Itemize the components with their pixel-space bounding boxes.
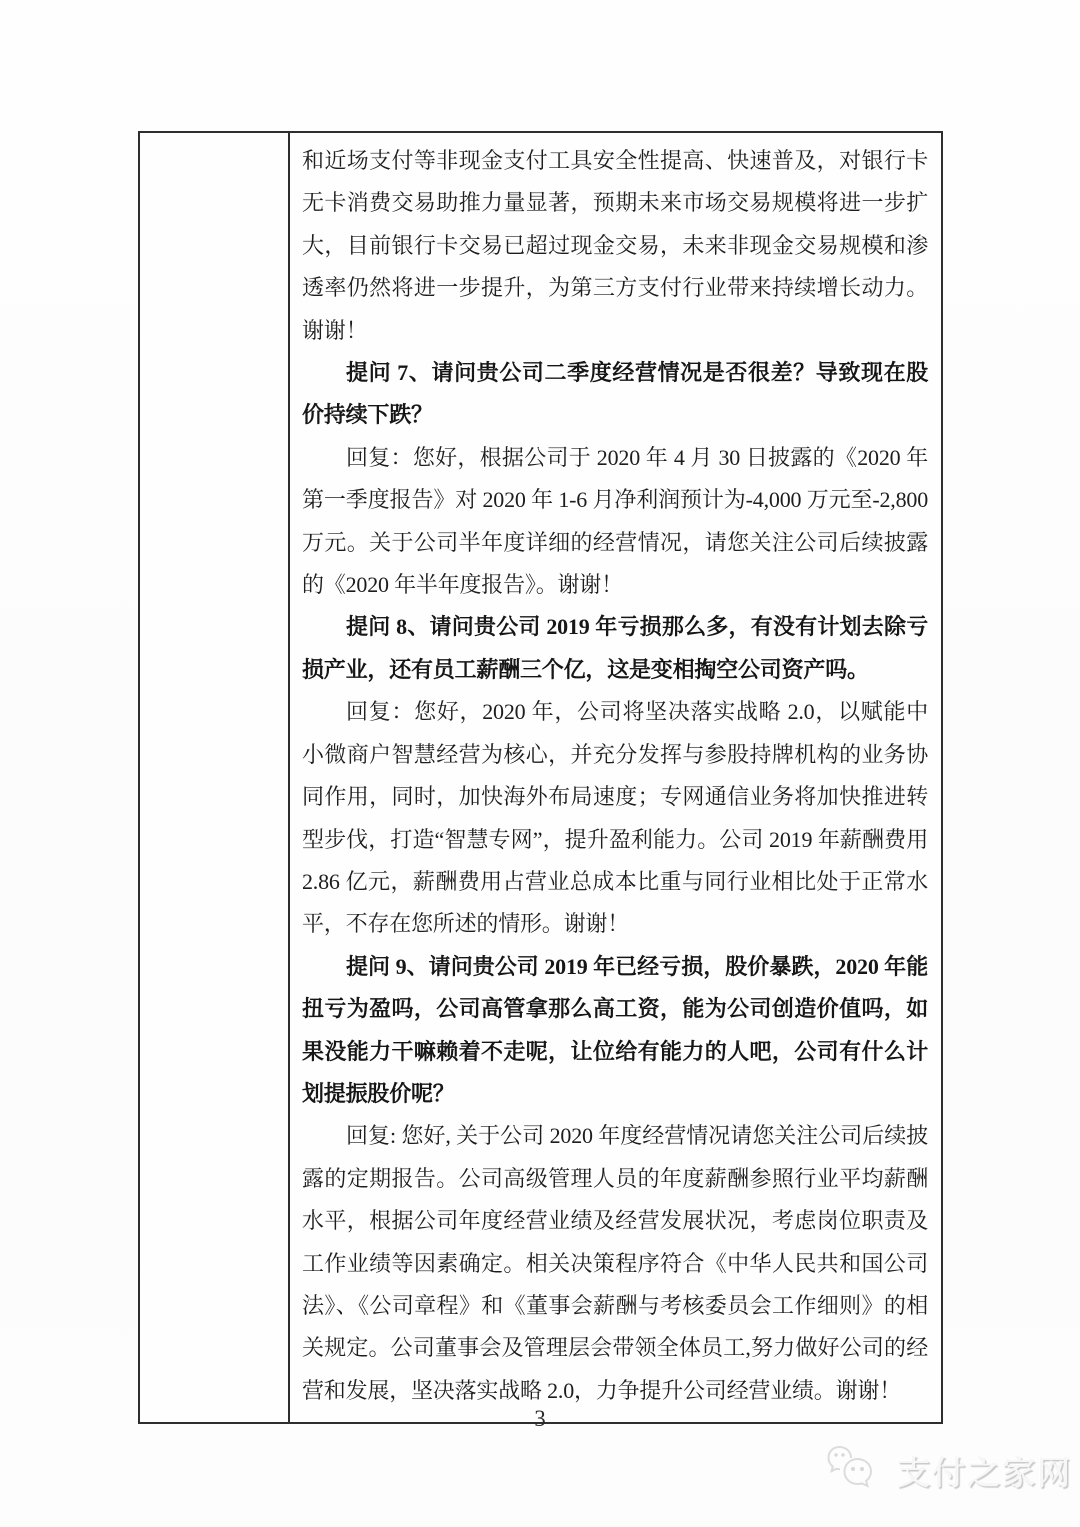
question-7-paragraph: 提问 7、请问贵公司二季度经营情况是否很差？导致现在股价持续下跌？ bbox=[302, 352, 928, 437]
qa-table: 和近场支付等非现金支付工具安全性提高、快速普及，对银行卡无卡消费交易助推力量显著… bbox=[138, 131, 943, 1424]
page-number: 3 bbox=[0, 1406, 1080, 1432]
question-9-paragraph: 提问 9、请问贵公司 2019 年已经亏损，股价暴跌，2020 年能扭亏为盈吗，… bbox=[302, 946, 928, 1116]
chat-bubbles-icon bbox=[827, 1444, 889, 1497]
watermark: 支付之家网 bbox=[827, 1444, 1072, 1497]
answer-9-paragraph: 回复: 您好, 关于公司 2020 年度经营情况请您关注公司后续披露的定期报告。… bbox=[302, 1115, 928, 1412]
watermark-label: 支付之家网 bbox=[897, 1447, 1072, 1494]
qa-text-cell: 和近场支付等非现金支付工具安全性提高、快速普及，对银行卡无卡消费交易助推力量显著… bbox=[290, 133, 941, 1422]
answer-continuation-paragraph: 和近场支付等非现金支付工具安全性提高、快速普及，对银行卡无卡消费交易助推力量显著… bbox=[302, 140, 928, 352]
answer-7-paragraph: 回复：您好，根据公司于 2020 年 4 月 30 日披露的《2020 年第一季… bbox=[302, 437, 928, 607]
question-8-paragraph: 提问 8、请问贵公司 2019 年亏损那么多，有没有计划去除亏损产业，还有员工薪… bbox=[302, 606, 928, 691]
document-page: 和近场支付等非现金支付工具安全性提高、快速普及，对银行卡无卡消费交易助推力量显著… bbox=[0, 0, 1080, 1527]
answer-8-paragraph: 回复：您好，2020 年，公司将坚决落实战略 2.0，以赋能中小微商户智慧经营为… bbox=[302, 691, 928, 945]
table-empty-left-cell bbox=[140, 133, 290, 1422]
